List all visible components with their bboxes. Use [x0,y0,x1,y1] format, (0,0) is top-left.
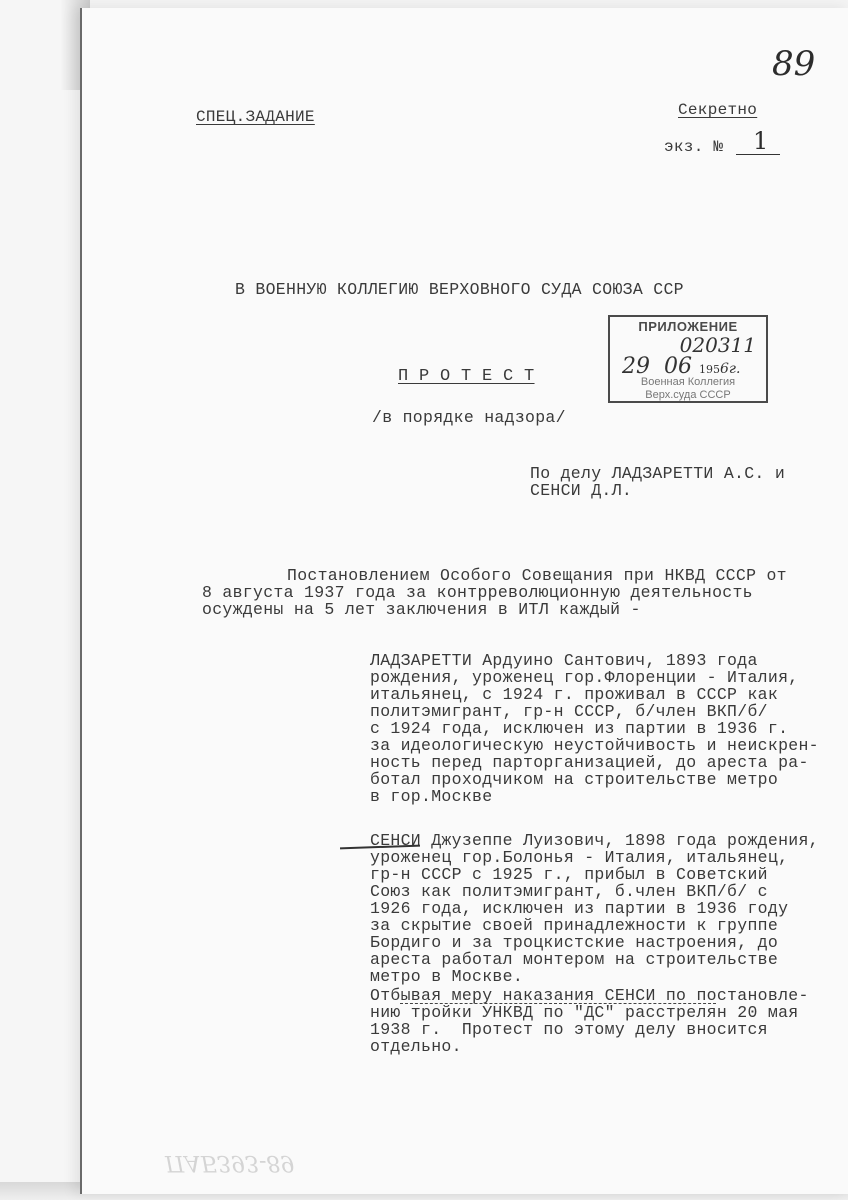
page-number-handwritten: 89 [772,44,815,84]
stamp-line-1: Военная Коллегия [610,376,766,388]
receipt-stamp: ПРИЛОЖЕНИЕ 020311 29 06 1956г. Военная К… [608,315,768,403]
document-title: П Р О Т Е С Т [398,368,535,386]
addressee: В ВОЕННУЮ КОЛЛЕГИЮ ВЕРХОВНОГО СУДА СОЮЗА… [235,281,684,299]
stamp-line-2: Верх.суда СССР [610,389,766,401]
intro-line: осуждены на 5 лет заключения в ИТЛ кажды… [202,601,641,619]
typed-underline [400,1003,716,1004]
classification-label: Секретно [678,101,757,119]
person2-line: метро в Москве. [370,968,523,986]
note-line: отдельно. [370,1038,462,1056]
copy-number-label: экз. № [664,138,723,156]
document-subtitle: /в порядке надзора/ [372,409,566,427]
header-special-assignment: СПЕЦ.ЗАДАНИЕ [196,108,315,126]
case-ref-line-2: СЕНСИ Д.Л. [530,482,632,500]
copy-number-value: 1 [753,127,768,155]
stamp-title: ПРИЛОЖЕНИЕ [610,319,766,334]
underlying-sheet [0,0,90,1200]
copy-number-underline [736,154,780,155]
person1-line: в гор.Москве [370,788,492,806]
archive-watermark: ПАБ393-89 [165,1150,294,1175]
